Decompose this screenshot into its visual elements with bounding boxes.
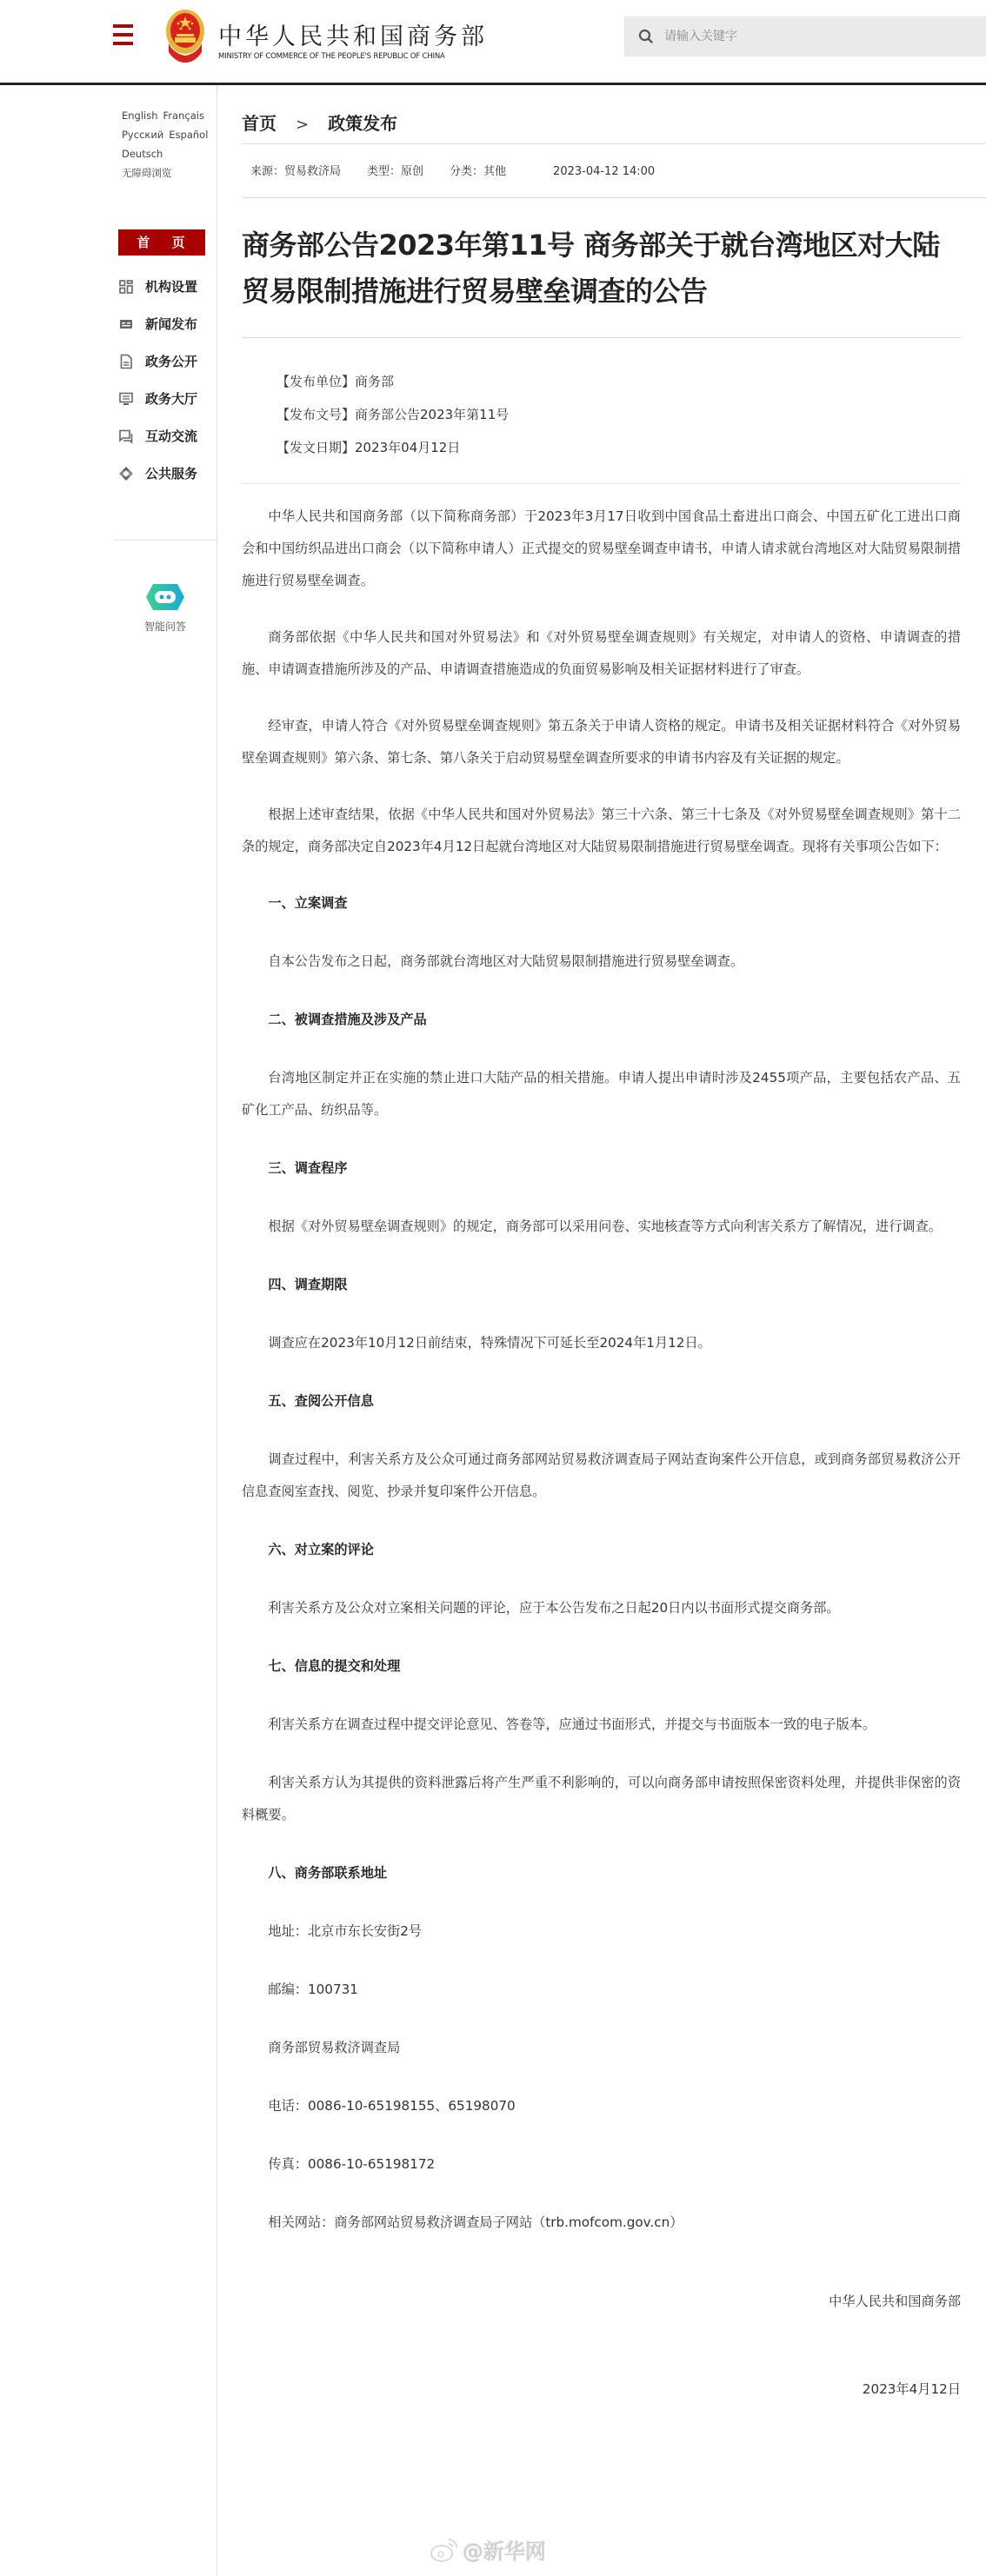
section-heading: 八、商务部联系地址 [242,1857,961,1889]
sidebar-item-label: 互动交流 [145,427,197,445]
sidebar-home-button[interactable]: 首 页 [118,229,205,256]
signature-date: 2023年4月12日 [242,2374,961,2406]
contact-website[interactable]: 相关网站：商务部网站贸易救济调查局子网站（trb.mofcom.gov.cn） [242,2207,961,2239]
sidebar-item-public-service[interactable]: 公共服务 [118,455,214,492]
paragraph: 自本公告发布之日起，商务部就台湾地区对大陆贸易限制措施进行贸易壁垒调查。 [242,946,961,978]
sidebar-item-gov-affairs[interactable]: 政务公开 [118,342,214,380]
sidebar-item-interaction[interactable]: 互动交流 [118,417,214,455]
service-icon [118,466,134,481]
document-icon [118,354,134,369]
paragraph: 利害关系方认为其提供的资料泄露后将产生严重不利影响的，可以向商务部申请按照保密资… [242,1767,961,1831]
paragraph: 调查过程中，利害关系方及公众可通过商务部网站贸易救济调查局子网站查询案件公开信息… [242,1444,961,1508]
weibo-icon [430,2536,459,2564]
sidebar-divider [114,540,217,541]
section-heading: 四、调查期限 [242,1269,961,1301]
document-info: 【发布单位】商务部 【发布文号】商务部公告2023年第11号 【发文日期】202… [276,365,509,464]
site-header: 中华人民共和国商务部 MINISTRY OF COMMERCE OF THE P… [0,0,986,85]
sidebar-item-label: 新闻发布 [145,315,197,333]
lang-english[interactable]: English [122,110,158,122]
breadcrumb-current[interactable]: 政策发布 [328,113,397,134]
contact-bureau: 商务部贸易救济调查局 [242,2032,961,2064]
search-input[interactable] [664,30,951,43]
accessibility-link[interactable]: 无障碍浏览 [122,167,172,179]
paragraph: 利害关系方在调查过程中提交评论意见、答卷等，应通过书面形式，并提交与书面版本一致… [242,1709,961,1741]
watermark-text: @新华网 [463,2534,546,2565]
national-emblem-icon [165,9,205,64]
paragraph: 利害关系方及公众对立案相关问题的评论，应于本公告发布之日起20日内以书面形式提交… [242,1592,961,1624]
divider [242,337,961,338]
sidebar-item-label: 机构设置 [145,277,197,295]
lang-russian[interactable]: Русский [122,129,163,141]
monitor-icon [118,391,134,407]
lang-german[interactable]: Deutsch [122,148,163,160]
search-icon[interactable] [638,29,654,44]
sidebar-item-label: 政务公开 [145,352,197,370]
meta-datetime: 2023-04-12 14:00 [553,165,655,178]
sidebar-item-label: 政务大厅 [145,389,197,408]
sidebar-item-news[interactable]: 新闻发布 [118,305,214,342]
paragraph: 调查应在2023年10月12日前结束，特殊情况下可延长至2024年1月12日。 [242,1327,961,1359]
section-heading: 三、调查程序 [242,1152,961,1185]
sidebar-item-service-hall[interactable]: 政务大厅 [118,380,214,417]
search-bar [624,17,986,56]
site-title-en: MINISTRY OF COMMERCE OF THE PEOPLE'S REP… [218,52,445,61]
signature: 中华人民共和国商务部 [242,2286,961,2318]
smart-qa-label: 智能问答 [130,619,200,634]
paragraph: 经审查，申请人符合《对外贸易壁垒调查规则》第五条关于申请人资格的规定。申请书及相… [242,710,961,774]
watermark: @新华网 [430,2534,546,2565]
section-heading: 六、对立案的评论 [242,1534,961,1566]
info-publisher: 【发布单位】商务部 [276,365,509,398]
site-title-cn[interactable]: 中华人民共和国商务部 [218,17,488,51]
page-title: 商务部公告2023年第11号 商务部关于就台湾地区对大陆贸易限制措施进行贸易壁垒… [242,222,963,315]
chat-icon [118,428,134,444]
lang-spanish[interactable]: Español [169,129,208,141]
info-doc-number: 【发布文号】商务部公告2023年第11号 [276,398,509,431]
section-heading: 二、被调查措施及涉及产品 [242,1004,961,1036]
hamburger-menu-icon[interactable] [113,24,134,47]
meta-type: 类型：原创 [367,165,423,178]
smart-qa-button[interactable]: 智能问答 [130,581,200,634]
paragraph: 台湾地区制定并正在实施的禁止进口大陆产品的相关措施。申请人提出申请时涉及2455… [242,1062,961,1126]
section-heading: 五、查阅公开信息 [242,1385,961,1417]
article-meta: 来源：贸易救济局类型：原创分类：其他2023-04-12 14:00 [250,162,681,178]
contact-address: 地址：北京市东长安街2号 [242,1915,961,1948]
divider [242,197,986,198]
paragraph: 根据上述审查结果，依据《中华人民共和国对外贸易法》第三十六条、第三十七条及《对外… [242,799,961,863]
divider [242,483,961,484]
section-heading: 七、信息的提交和处理 [242,1650,961,1683]
newspaper-icon [118,316,134,332]
chevron-right-icon: > [296,116,309,134]
paragraph: 根据《对外贸易壁垒调查规则》的规定，商务部可以采用问卷、实地核查等方式向利害关系… [242,1211,961,1243]
contact-postcode: 邮编：100731 [242,1974,961,2006]
lang-french[interactable]: Français [163,110,204,122]
paragraph: 商务部依据《中华人民共和国对外贸易法》和《对外贸易壁垒调查规则》有关规定，对申请… [242,621,961,686]
section-heading: 一、立案调查 [242,887,961,920]
sidebar-item-organization[interactable]: 机构设置 [118,268,214,305]
grid-icon [118,279,134,295]
breadcrumb-home[interactable]: 首页 [242,113,276,134]
meta-source: 来源：贸易救济局 [250,165,341,178]
paragraph: 中华人民共和国商务部（以下简称商务部）于2023年3月17日收到中国食品土畜进出… [242,501,961,597]
sidebar-item-label: 公共服务 [145,464,197,482]
breadcrumb: 首页>政策发布 [242,110,397,135]
divider [242,143,986,144]
contact-phone: 电话：0086-10-65198155、65198070 [242,2090,961,2122]
sidebar-nav: 机构设置 新闻发布 政务公开 政务大厅 互动交流 公共服务 [118,268,214,492]
language-links: EnglishFrançais РусскийEspañol Deutsch 无… [122,106,213,183]
meta-category: 分类：其他 [450,165,506,178]
sidebar: EnglishFrançais РусскийEspañol Deutsch 无… [0,85,217,2576]
info-date: 【发文日期】2023年04月12日 [276,431,509,464]
contact-fax: 传真：0086-10-65198172 [242,2148,961,2181]
article-body: 中华人民共和国商务部（以下简称商务部）于2023年3月17日收到中国食品土畜进出… [242,501,961,2406]
robot-icon [144,581,186,614]
